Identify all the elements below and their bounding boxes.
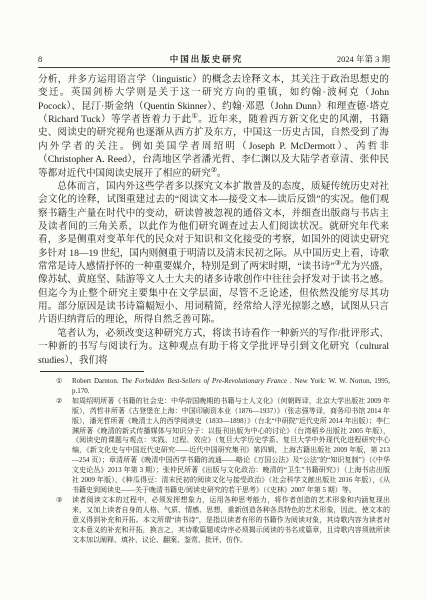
running-head: 8 中国出版史研究 2024 年第 3 期 [38,53,390,65]
text-run: The Forbidden Best-Sellers of Pre-Revolu… [122,377,287,385]
footnote-item: ①Robert Darnton. The Forbidden Best-Sell… [38,377,390,397]
text-run: 总体而言，国内外这些学者多以探究文本扩散普及的态度，质疑传统历史对社会文化的诠释… [38,181,389,272]
text-run: 笔者认为，必须改变这种研究方式，将读书诗看作一种新兴的写作/批评形式、一种新的书… [38,328,389,366]
footnote-item: ③读者阅读文本的过程中，必须发挥想象力，运用各种思考能力，将作者创造的艺术形象和… [38,496,390,546]
body-paragraph: 分析，并多方运用语言学（linguistic）的概念去诠释文本，其关注于政治思想… [38,73,389,180]
journal-page: 8 中国出版史研究 2024 年第 3 期 分析，并多方运用语言学（lingui… [0,0,427,601]
page-number: 8 [38,54,108,64]
journal-title: 中国出版史研究 [108,53,305,65]
header-rule [38,67,390,68]
body-paragraph: 总体而言，国内外这些学者多以探究文本扩散普及的态度，质疑传统历史对社会文化的诠释… [38,180,389,327]
footnote-number: ① [56,377,62,387]
text-run: 。 [217,168,227,179]
body-paragraph: 笔者认为，必须改变这种研究方式，将读书诗看作一种新兴的写作/批评形式、一种新的书… [38,327,389,367]
text-run: 读者阅读文本的过程中，必须发挥想象力，运用各种思考能力，将作者创造的艺术形象和内… [72,496,390,544]
footnote-number: ③ [56,496,62,506]
text-run: Robert Darnton. [72,377,122,385]
footnote-number: ② [56,397,62,407]
footnote-separator [40,371,144,372]
text-run: 如周绍明所著《书籍的社会史：中华帝国晚期的书籍与士人文化》（何朝晖译，北京大学出… [72,397,390,494]
footnotes-block: ①Robert Darnton. The Forbidden Best-Sell… [38,377,390,545]
article-body: 分析，并多方运用语言学（linguistic）的概念去诠释文本，其关注于政治思想… [38,73,389,367]
footnote-item: ②如周绍明所著《书籍的社会史：中华帝国晚期的书籍与士人文化》（何朝晖译，北京大学… [38,397,390,496]
issue-label: 2024 年第 3 期 [305,53,390,65]
